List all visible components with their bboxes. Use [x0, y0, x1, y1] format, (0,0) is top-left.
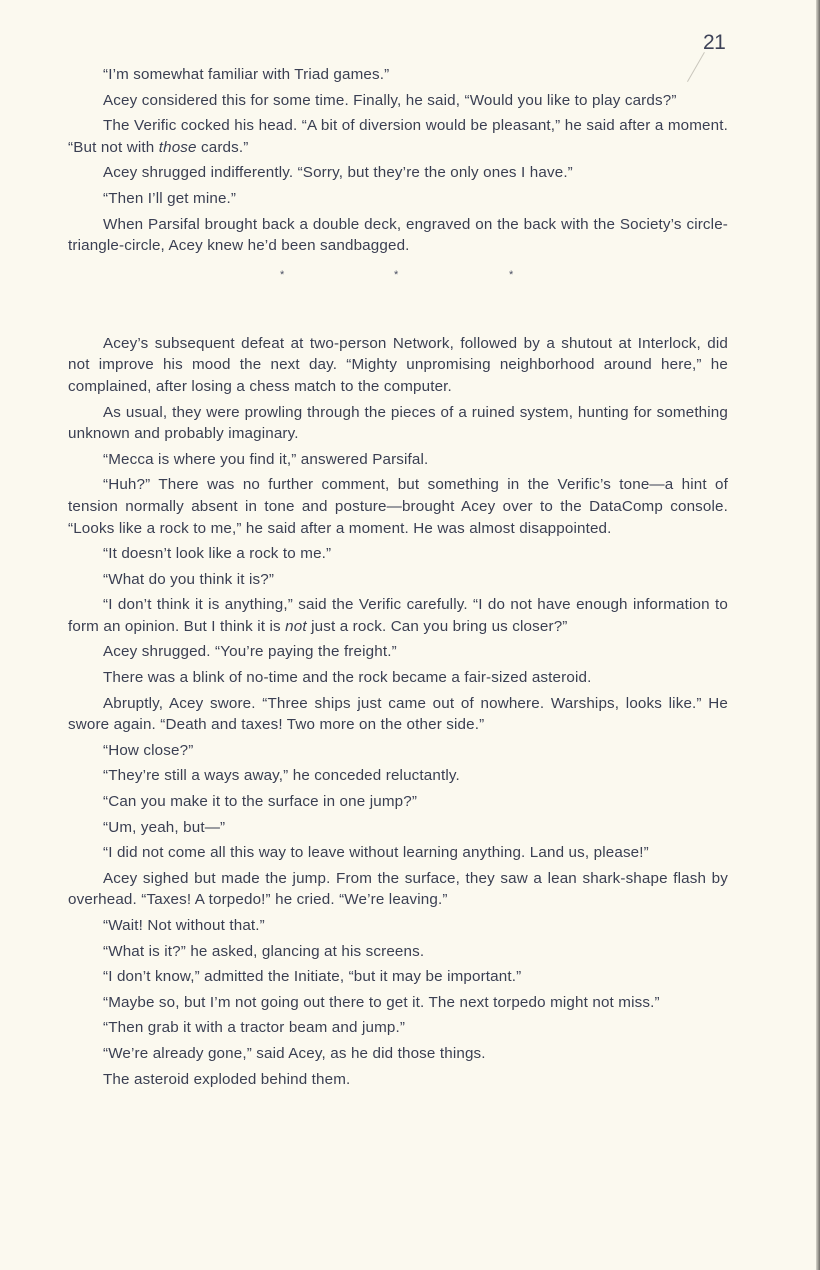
paragraph: “We’re already gone,” said Acey, as he d… [68, 1043, 728, 1065]
paragraph: “What do you think it is?” [68, 569, 728, 591]
paragraph: “What is it?” he asked, glancing at his … [68, 941, 728, 963]
paragraph: As usual, they were prowling through the… [68, 402, 728, 445]
paragraph: “Wait! Not without that.” [68, 915, 728, 937]
paragraph: “I don’t know,” admitted the Initiate, “… [68, 966, 728, 988]
paragraph: “Huh?” There was no further comment, but… [68, 474, 728, 539]
emphasis: those [159, 139, 197, 156]
paragraph: “Mecca is where you find it,” answered P… [68, 449, 728, 471]
paragraphs-before-break: “I’m somewhat familiar with Triad games.… [68, 64, 728, 257]
emphasis: not [285, 618, 307, 635]
paragraph: Acey’s subsequent defeat at two-person N… [68, 333, 728, 398]
paragraph: “I don’t think it is anything,” said the… [68, 594, 728, 637]
section-break: * * * [68, 261, 728, 333]
paragraph: “Maybe so, but I’m not going out there t… [68, 992, 728, 1014]
paragraph: The asteroid exploded behind them. [68, 1069, 728, 1091]
page-number: 21 [703, 31, 725, 55]
paragraph: “I did not come all this way to leave wi… [68, 842, 728, 864]
paragraph: “Can you make it to the surface in one j… [68, 791, 728, 813]
paragraph: Acey considered this for some time. Fina… [68, 90, 728, 112]
paragraph: “How close?” [68, 740, 728, 762]
paragraph: There was a blink of no-time and the roc… [68, 667, 728, 689]
section-break-asterisk: * [280, 265, 284, 287]
paragraph: “Then I’ll get mine.” [68, 188, 728, 210]
section-break-asterisk: * [394, 265, 398, 287]
paragraph: “It doesn’t look like a rock to me.” [68, 543, 728, 565]
paragraph: Abruptly, Acey swore. “Three ships just … [68, 693, 728, 736]
paragraphs-after-break: Acey’s subsequent defeat at two-person N… [68, 333, 728, 1090]
paragraph: Acey shrugged indifferently. “Sorry, but… [68, 162, 728, 184]
paragraph: Acey shrugged. “You’re paying the freigh… [68, 641, 728, 663]
paragraph: “Um, yeah, but—” [68, 817, 728, 839]
paragraph: “I’m somewhat familiar with Triad games.… [68, 64, 728, 86]
paragraph: The Verific cocked his head. “A bit of d… [68, 115, 728, 158]
paragraph: “Then grab it with a tractor beam and ju… [68, 1017, 728, 1039]
paragraph: When Parsifal brought back a double deck… [68, 214, 728, 257]
paragraph: Acey sighed but made the jump. From the … [68, 868, 728, 911]
paragraph: “They’re still a ways away,” he conceded… [68, 765, 728, 787]
body-text: “I’m somewhat familiar with Triad games.… [68, 64, 728, 1094]
section-break-asterisk: * [509, 265, 513, 287]
page-edge [816, 0, 820, 1270]
